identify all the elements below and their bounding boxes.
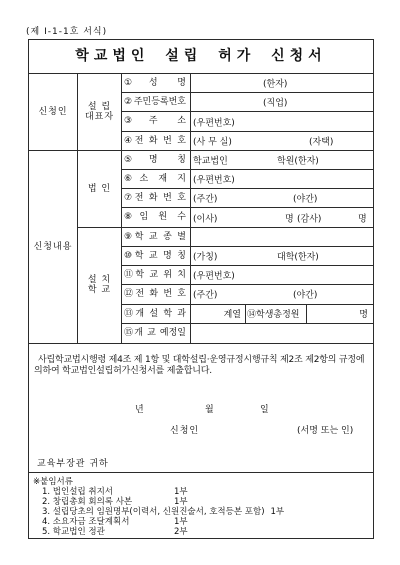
attachment-item: 2. 창립총회 회의록 사본1부 [33,497,371,507]
note-directors: (이사) [193,211,217,224]
note-postal-code: (우편번호) [193,173,235,186]
field-value-school-type [191,228,373,247]
attachment-name: 5. 학교법인 정관 [42,527,168,537]
field-label-corp-phone: ⑦전 화 번 호 [122,189,191,208]
field-value-phone: (사 무 실) (자택) [191,132,373,151]
group-cell-established-school: 설 치 학 교 [78,228,122,343]
group-cell-corporation: 법 인 [78,151,122,228]
note-nighttime: (야간) [293,288,317,301]
attachment-item: 1. 법인설립 취지서1부 [33,487,371,497]
note-postal-code: (우편번호) [193,115,235,128]
attachment-copies: 1부 [174,517,188,527]
note-postal-code: (우편번호) [193,269,235,282]
group-cell-founder-representative: 설 립 대표자 [78,74,122,151]
attachments-section: ※붙임서류 1. 법인설립 취지서1부 2. 창립총회 회의록 사본1부 3. … [29,473,373,538]
note-daytime: (주간) [193,192,217,205]
field-label-student-quota: ⑭학생총정원 [246,305,307,323]
field-label-departments: ⑬개 설 학 과 [122,305,191,324]
founder-rep-line1: 설 립 [88,102,111,112]
field-value-name: (한자) [191,74,373,93]
signature-or-seal-note: (서명 또는 인) [297,423,353,436]
attachments-title: ※붙임서류 [33,477,371,487]
field-label-address: ③주 소 [122,112,191,131]
field-label-name: ①성 명 [122,74,191,93]
form-title: 학교법인 설립 허가 신청서 [29,40,373,74]
established-school-line1: 설 치 [88,275,111,285]
field-label-phone: ④전 화 번 호 [122,132,191,151]
form-page: (제 Ⅰ-1-1호 서식) 학교법인 설립 허가 신청서 신청인 설 립 대표자… [0,0,400,565]
attachment-copies: 1부 [174,487,188,497]
field-value-school-location: (우편번호) [191,266,373,285]
note-home: (자택) [309,134,333,147]
field-label-school-phone: ⑫전 화 번 호 [122,285,191,304]
attachment-item: 5. 학교법인 정관2부 [33,527,371,537]
note-provisional-name: (가칭) [193,250,217,263]
attachment-name: 1. 법인설립 취지서 [42,487,168,497]
attachment-copies: 1부 [174,497,188,507]
founder-rep-line2: 대표자 [85,112,114,122]
note-institute-hanja: 학원(한자) [277,153,319,166]
attachment-name: 3. 설립당초의 임원명부(이력서, 신원진술서, 호적등본 포함) [42,507,265,517]
field-label-school-type: ⑨학 교 종 별 [122,228,191,247]
recipient-line: 교육부장관 귀하 [37,456,109,469]
form-outer-box: 학교법인 설립 허가 신청서 신청인 설 립 대표자 신청내용 법 인 설 치 … [28,39,374,539]
note-nighttime: (야간) [293,192,317,205]
declaration-text: 사립학교법시행령 제4조 제 1항 및 대학설립·운영규정시행규칙 제2조 제2… [34,355,369,377]
note-persons-unit: 명 [285,211,294,224]
form-table: 신청인 설 립 대표자 신청내용 법 인 설 치 학 교 ①성 명 (한자) ②… [29,74,373,344]
field-value-departments: 계열 ⑭학생총정원 명 [191,305,373,324]
field-label-corp-location: ⑥소 재 지 [122,170,191,189]
field-label-corp-name: ⑤명 칭 [122,151,191,170]
dept-series-cell: 계열 [191,305,246,323]
field-label-opening-date: ⑮개 교 예정일 [122,324,191,343]
applicant-signature-label: 신청인 [170,423,199,436]
field-value-school-phone: (주간) (야간) [191,285,373,304]
field-label-officer-count: ⑧임 원 수 [122,208,191,227]
date-year-label: 년 [135,402,144,415]
note-series: 계열 [224,307,241,320]
field-value-officer-count: (이사) 명 (감사) 명 [191,208,373,227]
date-month-label: 월 [205,402,214,415]
attachment-copies: 2부 [174,527,188,537]
field-value-opening-date [191,324,373,343]
note-occupation: (직업) [263,96,287,109]
attachment-item: 3. 설립당초의 임원명부(이력서, 신원진술서, 호적등본 포함)1부 [33,507,371,517]
note-daytime: (주간) [193,288,217,301]
field-value-corp-name: 학교법인 학원(한자) [191,151,373,170]
attachment-item: 4. 소요자금 조달계획서1부 [33,517,371,527]
field-label-school-location: ⑪학 교 위 치 [122,266,191,285]
field-label-school-name: ⑩학 교 명 칭 [122,247,191,266]
established-school-line2: 학 교 [88,285,111,295]
attachment-name: 2. 창립총회 회의록 사본 [42,497,168,507]
attachment-copies: 1부 [271,507,285,517]
quota-unit-cell: 명 [307,305,373,323]
form-code-label: (제 Ⅰ-1-1호 서식) [26,24,107,37]
note-persons-unit: 명 [358,211,367,224]
attachment-name: 4. 소요자금 조달계획서 [42,517,168,527]
note-hanja: (한자) [263,77,287,90]
note-university-hanja: 대학(한자) [277,250,319,263]
field-value-corp-phone: (주간) (야간) [191,189,373,208]
field-value-address: (우편번호) [191,112,373,131]
group-cell-applicant: 신청인 [29,74,78,151]
field-value-corp-location: (우편번호) [191,170,373,189]
group-cell-application-content: 신청내용 [29,151,78,343]
field-label-resident-number: ②주민등록번호 [122,93,191,112]
note-persons-unit: 명 [359,307,368,320]
declaration-section: 사립학교법시행령 제4조 제 1항 및 대학설립·운영규정시행규칙 제2조 제2… [29,344,373,473]
note-school-corporation: 학교법인 [193,153,228,166]
note-office: (사 무 실) [193,134,232,147]
date-day-label: 일 [260,402,269,415]
field-value-school-name: (가칭) 대학(한자) [191,247,373,266]
note-auditors: (감사) [297,211,321,224]
field-value-resident-number: (직업) [191,93,373,112]
